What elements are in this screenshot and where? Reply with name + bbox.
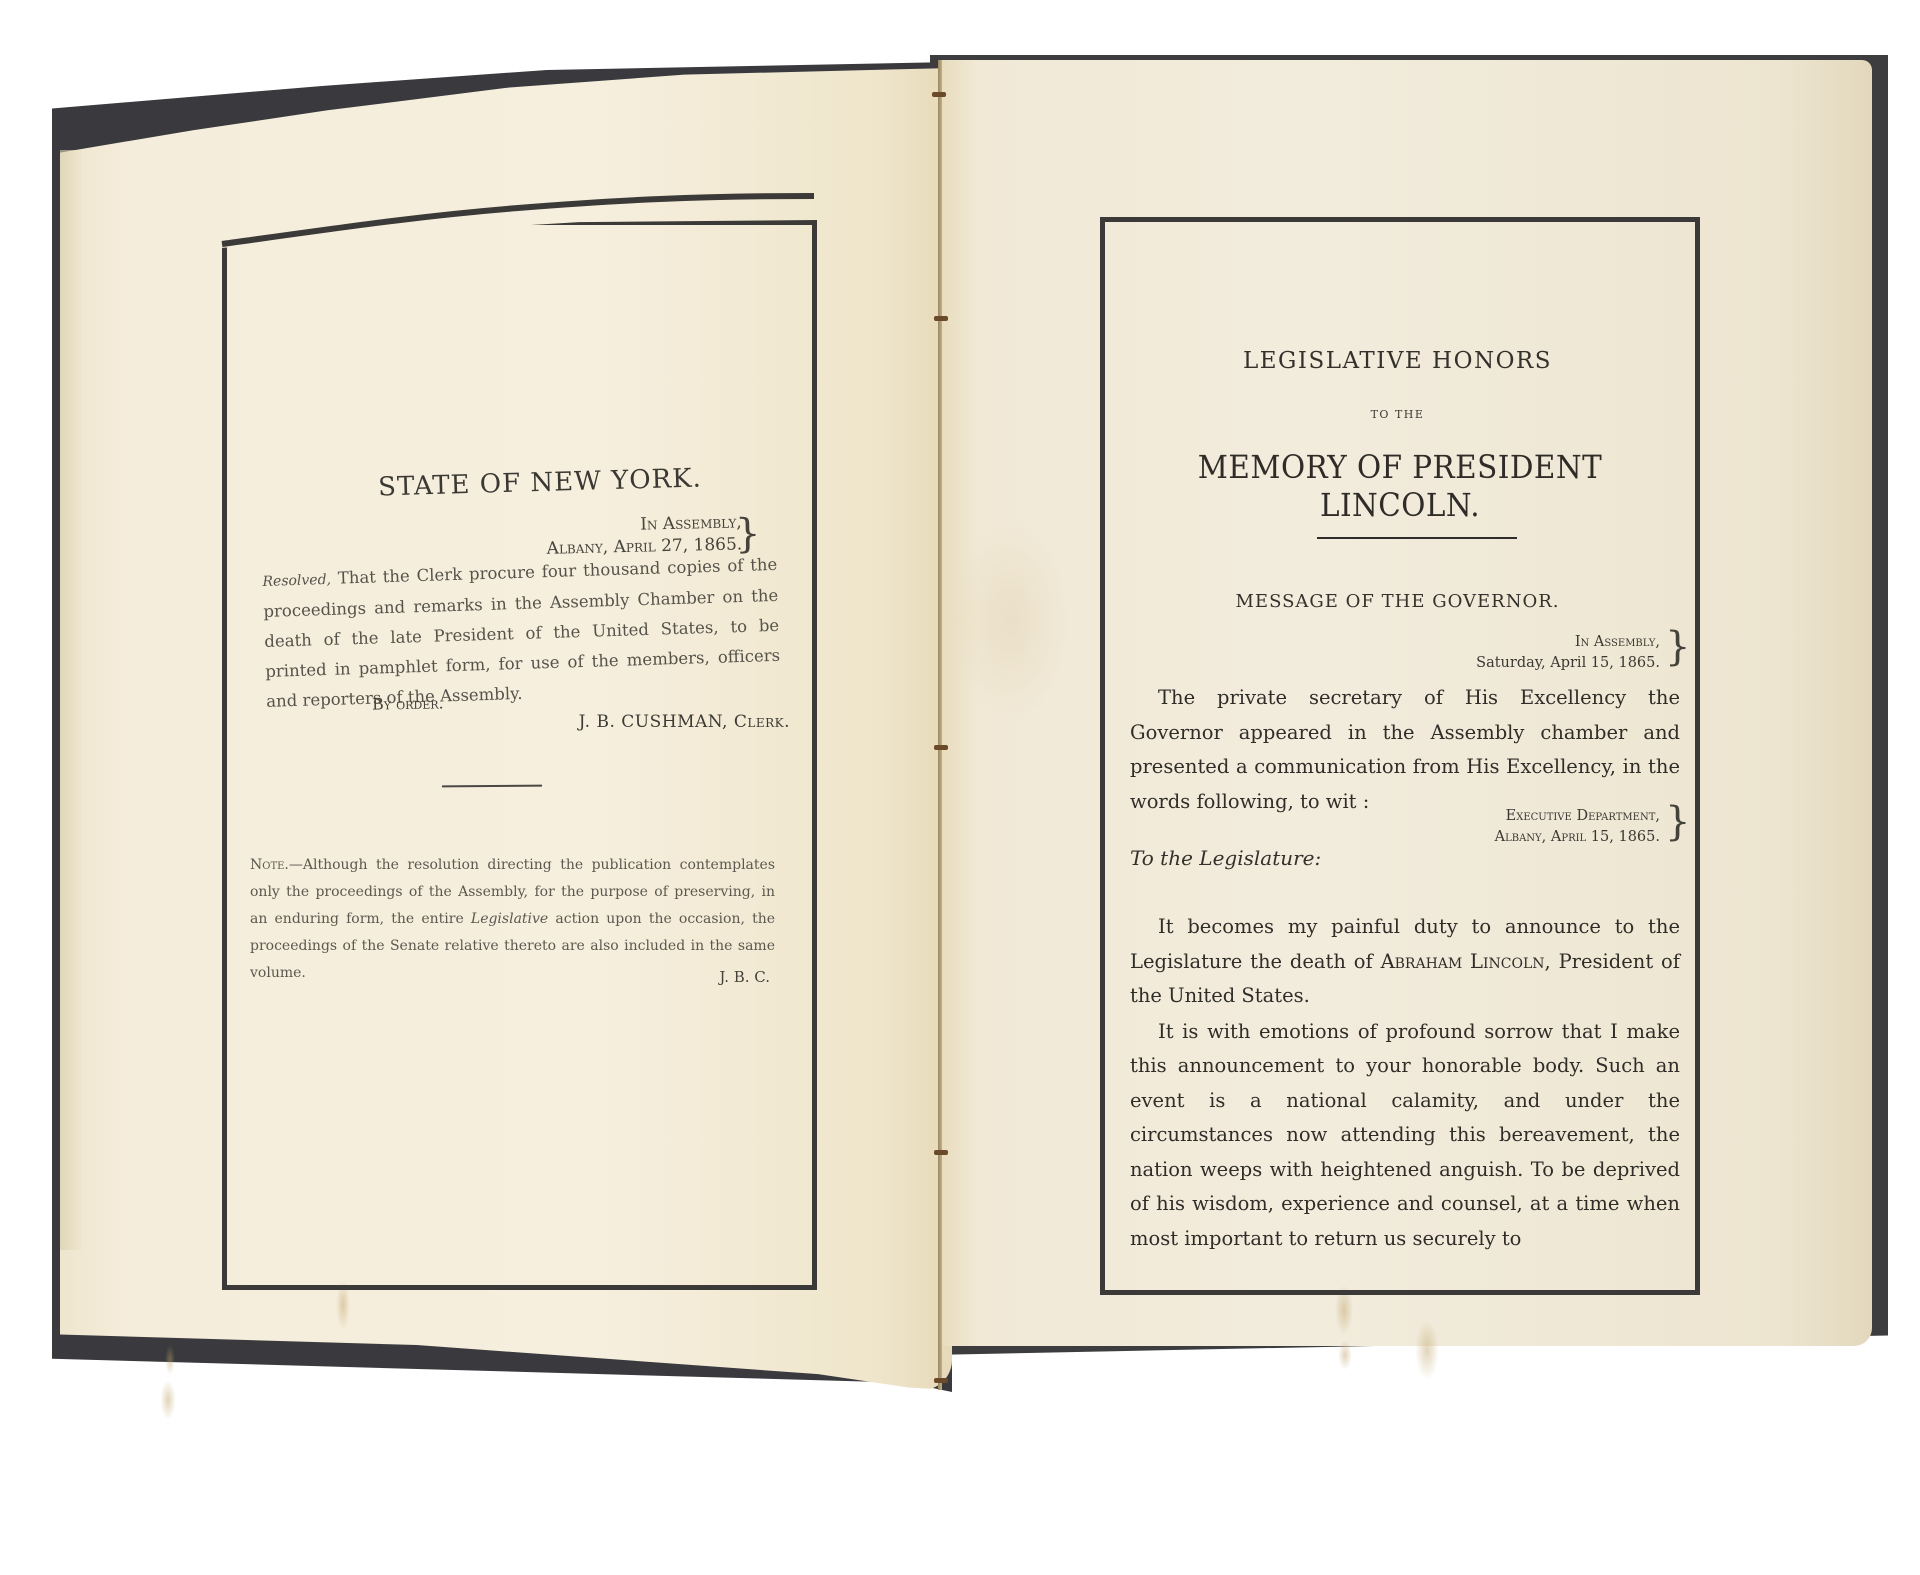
clerk-name: J. B. CUSHMAN, — [579, 712, 728, 732]
exec-line-2: Albany, April 15, 1865. — [1330, 827, 1660, 848]
binding-stitch — [932, 92, 946, 97]
brace-icon: } — [1665, 802, 1690, 842]
salutation: To the Legislature: — [1130, 846, 1321, 870]
left-frame-curved-top — [218, 188, 818, 248]
resolved-body: That the Clerk procure four thousand cop… — [263, 555, 780, 711]
paragraph-3-text: It is with emotions of profound sorrow t… — [1130, 1015, 1680, 1257]
executive-dateline: Executive Department, Albany, April 15, … — [1330, 806, 1660, 848]
lincoln-name: Abraham Lincoln, — [1381, 950, 1551, 973]
note-italic-word: Legislative — [471, 911, 548, 927]
by-order-label: By order. — [372, 693, 444, 713]
paragraph-1-text: The private secretary of His Excellency … — [1130, 681, 1680, 819]
brace-icon: } — [1665, 627, 1690, 667]
right-paragraph-1: The private secretary of His Excellency … — [1130, 681, 1680, 819]
left-resolution-text: Resolved, That the Clerk procure four th… — [262, 550, 781, 717]
binding-stitch — [934, 745, 948, 750]
paper-stain — [1338, 1340, 1352, 1370]
paper-stain — [165, 1345, 175, 1375]
binding-stitch — [934, 1150, 948, 1155]
binding-stitch — [934, 316, 948, 321]
binding-stitch — [934, 1378, 948, 1383]
left-note-text: Note.—Although the resolution directing … — [250, 852, 775, 987]
right-heading-legislative-honors: LEGISLATIVE HONORS — [1115, 348, 1680, 374]
brace-icon: } — [735, 514, 761, 554]
right-paragraph-2: It becomes my painful duty to announce t… — [1130, 910, 1680, 1256]
assembly-line-2: Saturday, April 15, 1865. — [1380, 653, 1660, 674]
book-gutter — [938, 60, 942, 1390]
right-heading-memory: MEMORY OF PRESIDENT LINCOLN. — [1133, 448, 1667, 524]
paper-stain — [160, 1380, 176, 1420]
left-page-edge — [60, 150, 82, 1250]
clerk-title: Clerk. — [734, 712, 790, 732]
assembly-line-1: In Assembly, — [1380, 632, 1660, 653]
paper-stain — [1415, 1320, 1439, 1380]
clerk-signature: J. B. CUSHMAN, Clerk. — [530, 712, 790, 732]
resolved-label: Resolved, — [262, 572, 331, 590]
right-assembly-dateline: In Assembly, Saturday, April 15, 1865. — [1380, 632, 1660, 674]
note-initials: J. B. C. — [670, 968, 770, 986]
right-heading-to-the: TO THE — [1115, 408, 1680, 421]
exec-line-1: Executive Department, — [1330, 806, 1660, 827]
right-divider-rule — [1317, 537, 1517, 539]
paragraph-2-text: It becomes my painful duty to announce t… — [1130, 910, 1680, 1014]
left-page-border-frame — [222, 220, 817, 1290]
paper-stain — [950, 520, 1070, 720]
note-label: Note. — [250, 857, 289, 873]
right-section-title: MESSAGE OF THE GOVERNOR. — [1115, 591, 1680, 612]
